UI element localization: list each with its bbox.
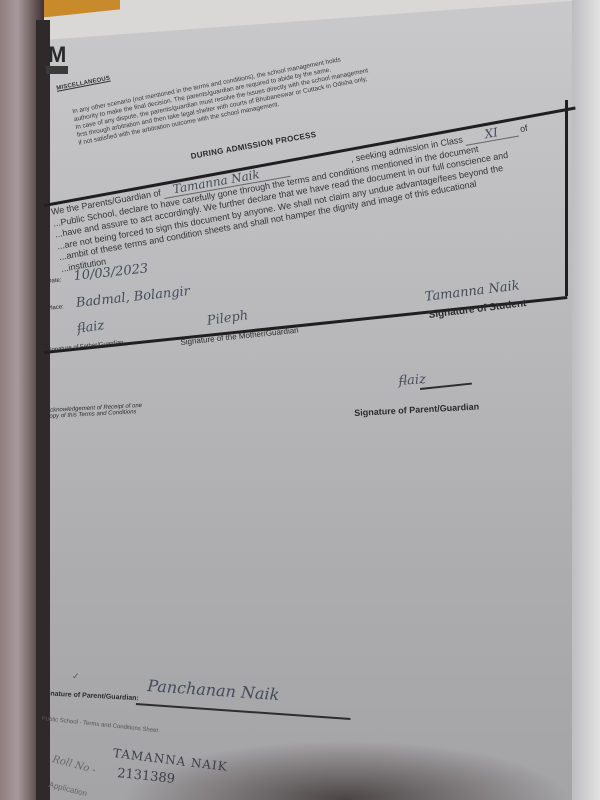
check-mark-icon: ✓ xyxy=(72,671,80,682)
parent-signature-scribble: fl̶aiz xyxy=(398,372,426,389)
logo-bar xyxy=(46,66,68,74)
school-logo: M xyxy=(48,42,66,68)
box-border-right xyxy=(565,100,568,296)
page-edge xyxy=(572,0,600,800)
date-label: Date: xyxy=(47,277,62,284)
hand-shadow xyxy=(120,740,570,800)
parent-signature-field-label: Signature of Parent/Guardian: xyxy=(39,690,139,702)
place-label: Place: xyxy=(47,304,64,312)
